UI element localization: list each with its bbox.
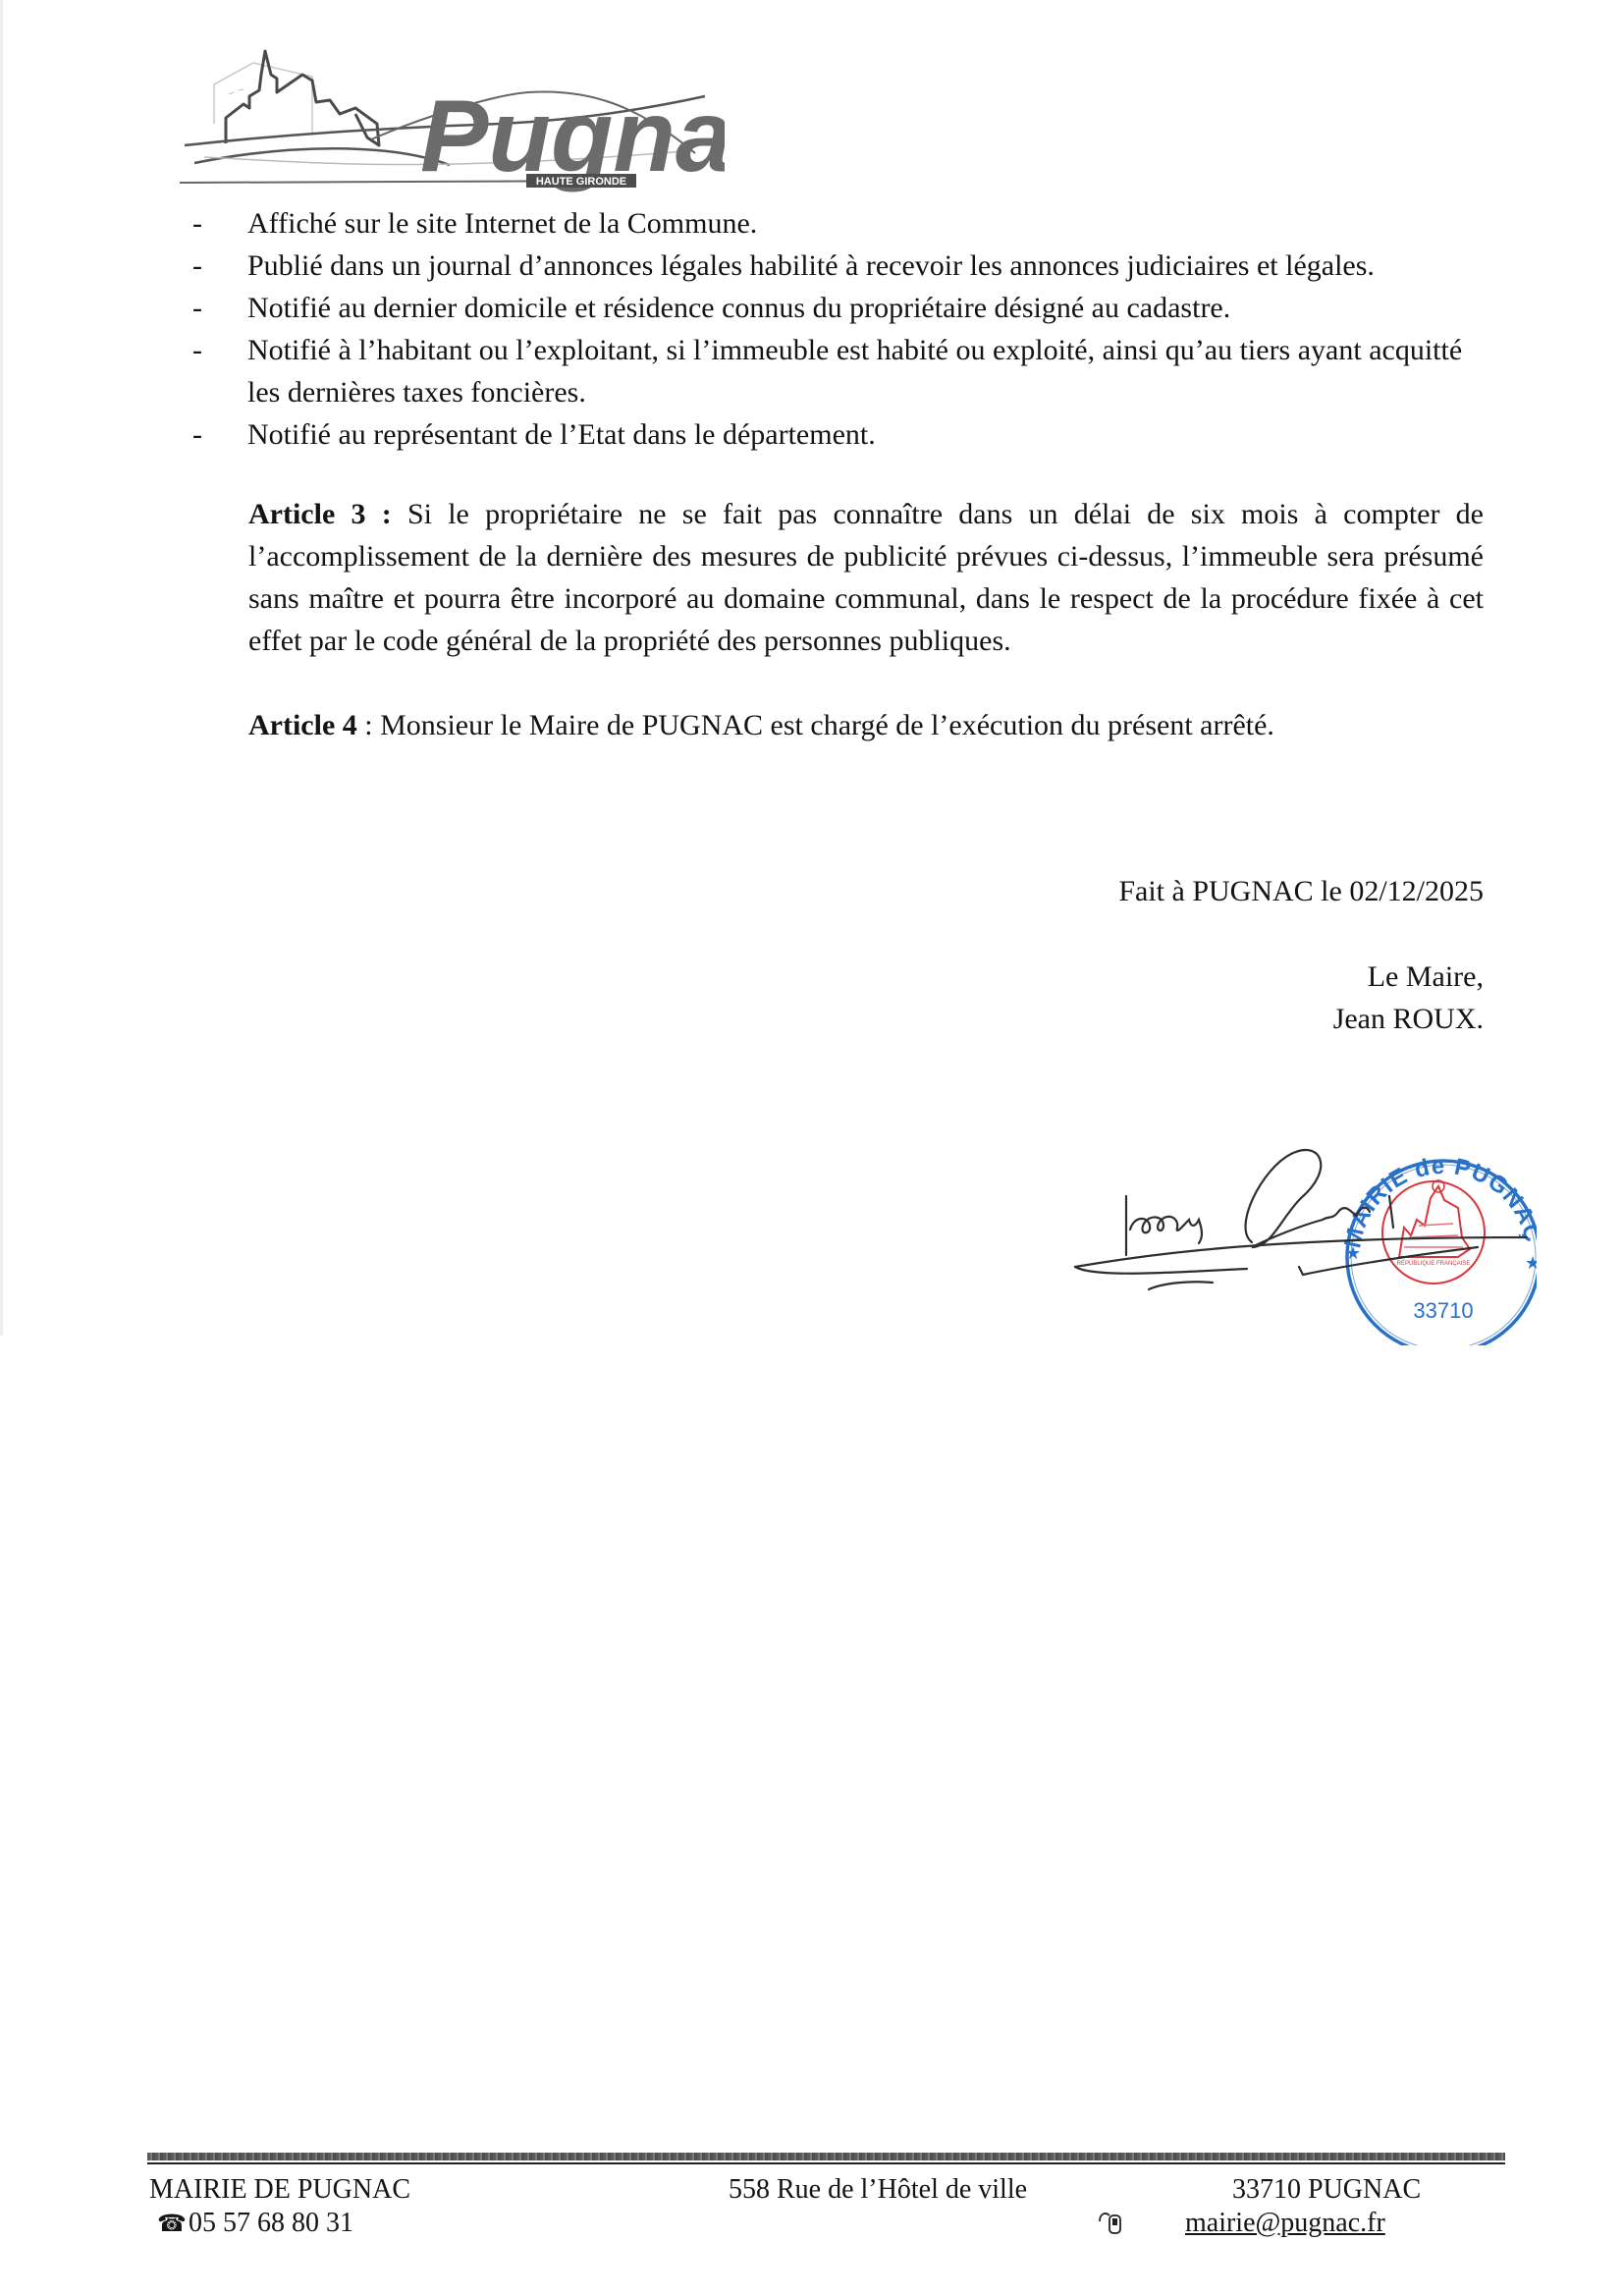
telephone-icon: ☎ [157, 2207, 181, 2242]
stamp-seal: MAIRIE de PUGNAÇ ★ ★ 33710 RÉPUBLIQUE FR… [1339, 1153, 1537, 1345]
footer-rule-thin [147, 2162, 1505, 2164]
svg-text:33710: 33710 [1413, 1298, 1473, 1323]
star-icon: ★ [1345, 1243, 1361, 1264]
footer-address: 558 Rue de l’Hôtel de ville [729, 2172, 1027, 2208]
signatory-name: Jean ROUX. [1333, 998, 1484, 1040]
scan-edge [0, 0, 3, 1336]
svg-text:RÉPUBLIQUE FRANÇAISE: RÉPUBLIQUE FRANÇAISE [1397, 1260, 1471, 1267]
logo-tagline: HAUTE GIRONDE [536, 176, 626, 188]
article-3: Article 3 : Si le propriétaire ne se fai… [248, 493, 1484, 662]
list-item: -Notifié au représentant de l’Etat dans … [192, 413, 1498, 456]
footer-phone-number: 05 57 68 80 31 [189, 2208, 353, 2238]
place-date: Fait à PUGNAC le 02/12/2025 [1118, 870, 1484, 912]
list-item: -Notifié au dernier domicile et résidenc… [192, 287, 1498, 329]
mouse-icon [1098, 2208, 1123, 2237]
list-item: -Notifié à l’habitant ou l’exploitant, s… [192, 329, 1498, 413]
signature-and-stamp: MAIRIE de PUGNAÇ ★ ★ 33710 RÉPUBLIQUE FR… [1065, 1110, 1537, 1345]
article-4-text: : Monsieur le Maire de PUGNAC est chargé… [357, 709, 1274, 741]
footer-email-link[interactable]: mairie@pugnac.fr [1185, 2206, 1385, 2241]
article-3-label: Article 3 : [248, 498, 392, 530]
list-item: -Publié dans un journal d’annonces légal… [192, 245, 1498, 287]
footer-rule [147, 2153, 1505, 2160]
publicity-measures-list: -Affiché sur le site Internet de la Comm… [192, 202, 1498, 456]
signatory-title: Le Maire, [1333, 956, 1484, 998]
pugnac-logo: Pugnac HAUTE GIRONDE [175, 35, 725, 192]
star-icon: ★ [1525, 1253, 1537, 1274]
footer-postal-city: 33710 PUGNAC [1232, 2172, 1421, 2208]
list-item: -Affiché sur le site Internet de la Comm… [192, 202, 1498, 245]
article-4: Article 4 : Monsieur le Maire de PUGNAC … [248, 704, 1484, 746]
footer-phone: ☎05 57 68 80 31 [157, 2206, 353, 2242]
article-3-text: Si le propriétaire ne se fait pas connaî… [248, 498, 1484, 657]
footer-org-name: MAIRIE DE PUGNAC [149, 2172, 410, 2208]
signatory: Le Maire, Jean ROUX. [1333, 956, 1484, 1040]
article-4-label: Article 4 [248, 709, 357, 741]
